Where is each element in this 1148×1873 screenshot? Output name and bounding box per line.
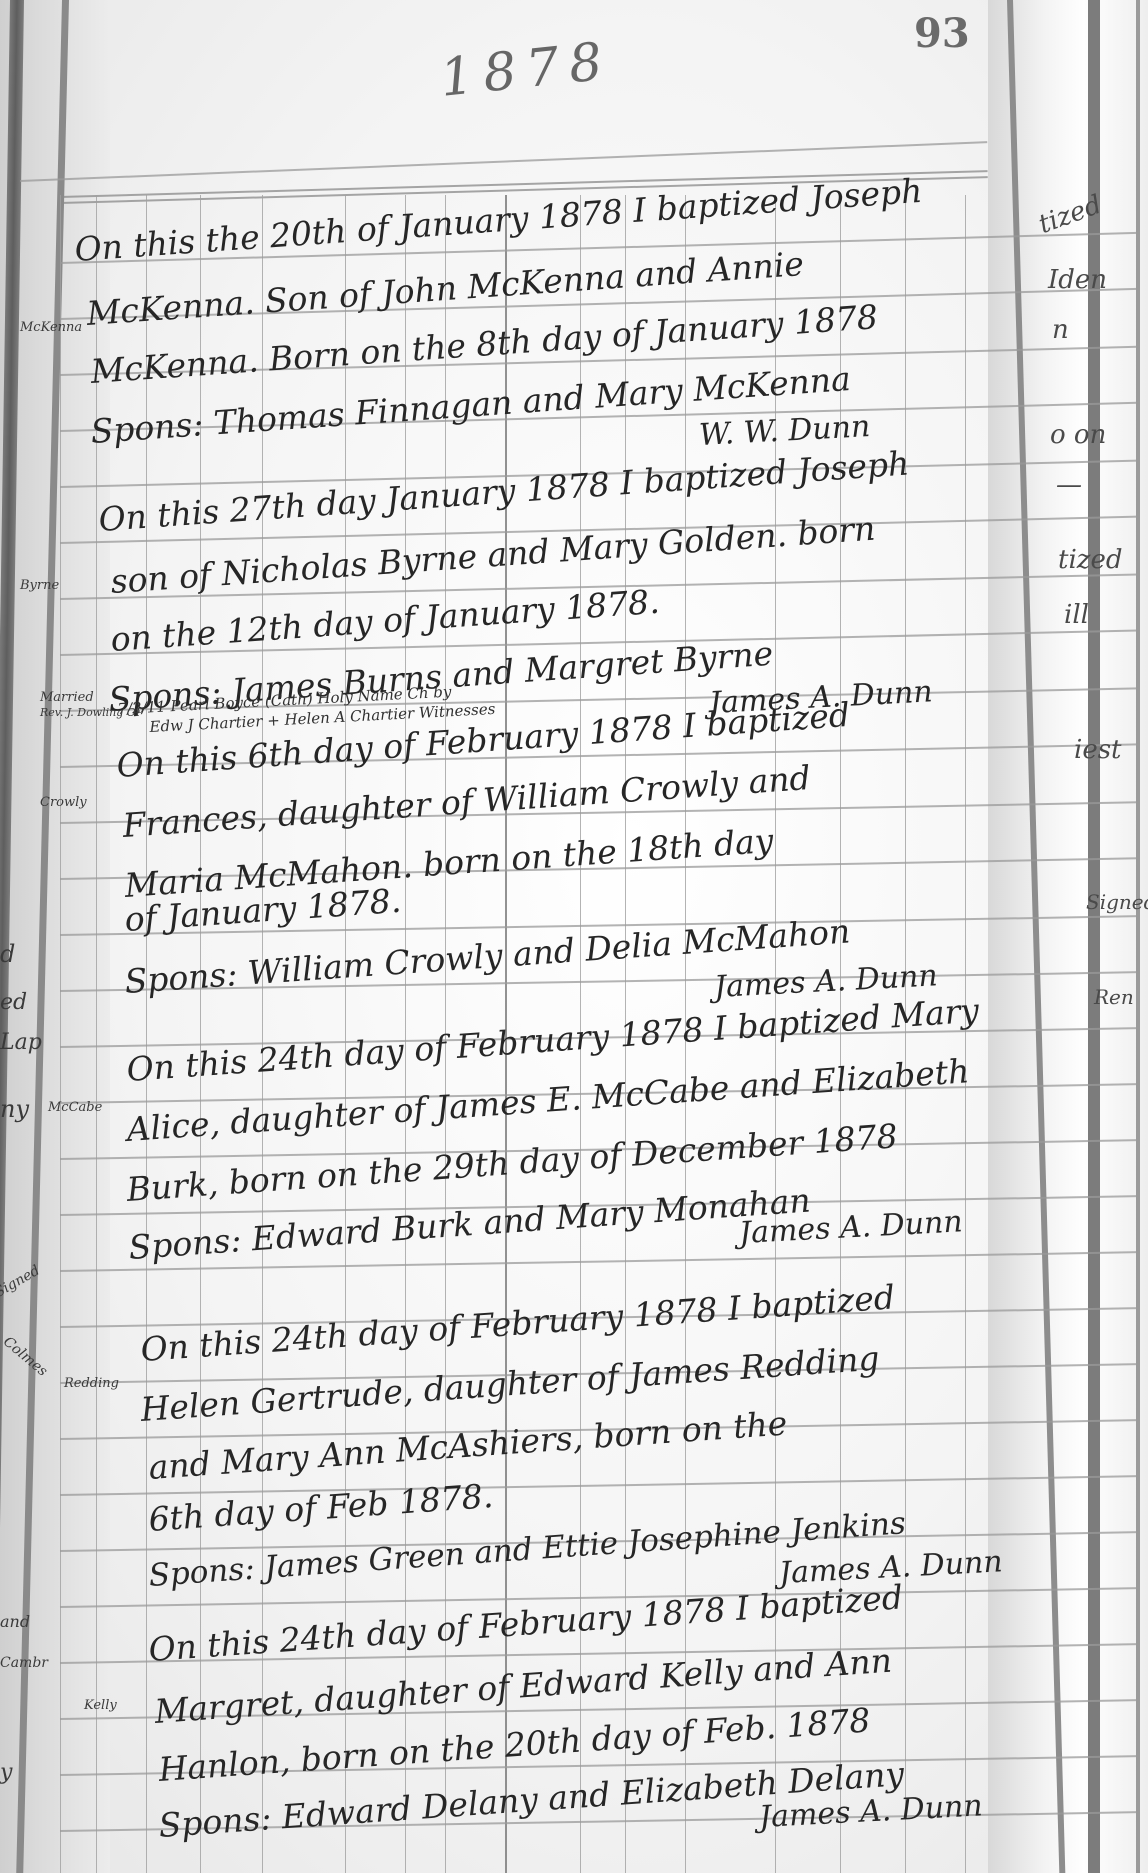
entry-margin-name: Kelly bbox=[84, 1698, 117, 1713]
year-heading: 1878 bbox=[437, 31, 615, 109]
entry-margin-name: Crowly bbox=[40, 795, 87, 810]
annotation-margin-note: Married bbox=[40, 690, 94, 705]
entry-margin-name: Redding bbox=[64, 1376, 119, 1391]
column-rule bbox=[60, 195, 61, 1873]
entry-margin-name: Byrne bbox=[20, 578, 59, 593]
entry-margin-name: McCabe bbox=[48, 1100, 102, 1115]
priest-signature: W. W. Dunn bbox=[698, 409, 871, 453]
entry-margin-name: McKenna bbox=[20, 320, 82, 335]
register-page: 1878 93 bbox=[0, 0, 1148, 1873]
column-rule bbox=[200, 195, 201, 1873]
book-edge-bar-outer bbox=[1136, 0, 1140, 1873]
column-rule bbox=[965, 195, 966, 1873]
annotation-margin-note: Rev. J. Dowling OP bbox=[40, 706, 143, 719]
page-number: 93 bbox=[914, 10, 970, 57]
